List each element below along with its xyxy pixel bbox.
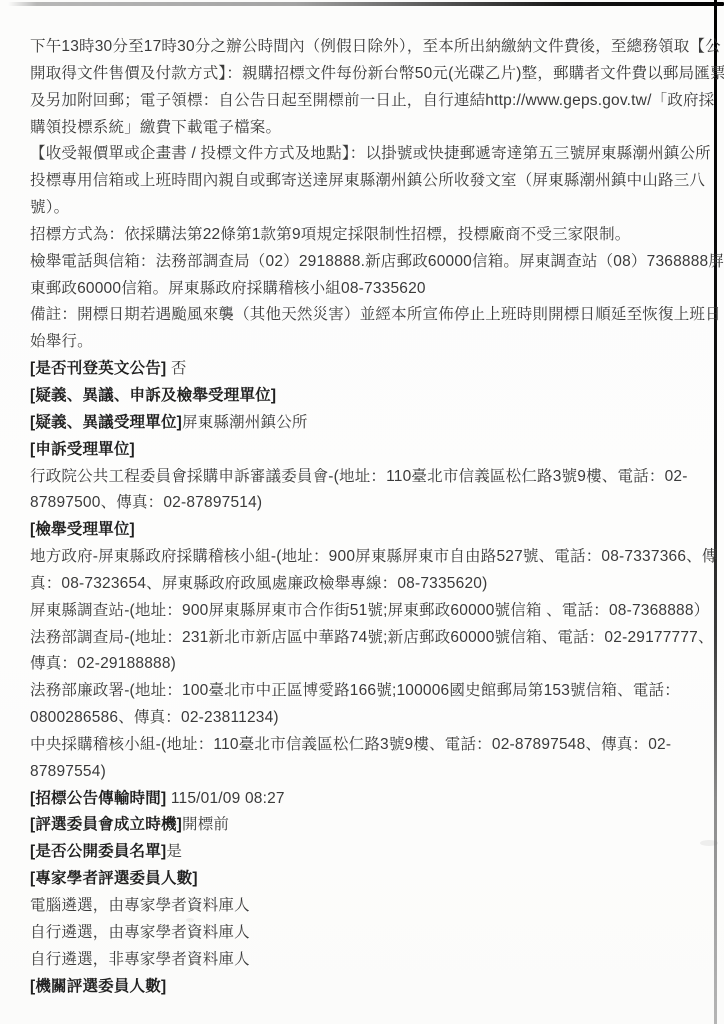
document-line: 【收受報價單或企畫書 / 投標文件方式及地點】：以掛號或快捷郵遞寄達第五三號屏東…: [30, 141, 706, 168]
line-text: 開標前: [182, 816, 229, 833]
document-line: 東郵政60000信箱。屏東縣政府採購稽核小組08-7335620: [30, 276, 706, 303]
document-line: [疑義、異議受理單位]屏東縣潮州鎮公所: [30, 410, 706, 437]
document-line: 及另加附回郵；電子領標：自公告日起至開標前一日止，自行連結http://www.…: [30, 88, 706, 115]
document-line: 法務部調查局-(地址：231新北市新店區中華路74號;新店郵政60000號信箱、…: [30, 625, 706, 652]
scan-edge-right-artifact: [714, 0, 717, 1024]
line-text: 號）。: [30, 199, 69, 216]
field-label: [申訴受理單位]: [30, 441, 135, 458]
line-text: 法務部廉政署-(地址：100臺北市中正區博愛路166號;100006國史館郵局第…: [30, 682, 680, 699]
document-line: 下午13時30分至17時30分之辦公時間內（例假日除外），至本所出納繳納文件費後…: [30, 34, 706, 61]
line-text: 屏東縣潮州鎮公所: [182, 414, 308, 431]
line-text: 下午13時30分至17時30分之辦公時間內（例假日除外），至本所出納繳納文件費後…: [30, 38, 721, 55]
document-line: 87897500、傳真：02-87897514): [30, 490, 706, 517]
document-line: 屏東縣調查站-(地址：900屏東縣屏東市合作街51號;屏東郵政60000號信箱 …: [30, 598, 706, 625]
line-text: 電腦遴選，由專家學者資料庫人: [30, 897, 250, 914]
line-text: 投標專用信箱或上班時間內親自或郵寄送達屏東縣潮州鎮公所收發文室（屏東縣潮州鎮中山…: [30, 172, 705, 189]
document-line: 號）。: [30, 195, 706, 222]
line-text: 招標方式為：依採購法第22條第1款第9項規定採限制性招標，投標廠商不受三家限制。: [30, 226, 630, 243]
line-text: 115/01/09 08:27: [166, 790, 284, 807]
line-text: 購領投標系統」繳費下載電子檔案。: [30, 119, 281, 136]
line-text: 中央採購稽核小組-(地址：110臺北市信義區松仁路3號9樓、電話：02-8789…: [30, 736, 671, 753]
field-label: [疑義、異議受理單位]: [30, 414, 182, 431]
field-label: [疑義、異議、申訴及檢舉受理單位]: [30, 387, 276, 404]
document-line: 行政院公共工程委員會採購申訴審議委員會-(地址：110臺北市信義區松仁路3號9樓…: [30, 464, 706, 491]
line-text: 傳真：02-29188888): [30, 655, 176, 672]
line-text: 真：08-7323654、屏東縣政府政風處廉政檢舉專線：08-7335620): [30, 575, 487, 592]
document-line: 電腦遴選，由專家學者資料庫人: [30, 893, 706, 920]
document-line: 招標方式為：依採購法第22條第1款第9項規定採限制性招標，投標廠商不受三家限制。: [30, 222, 706, 249]
field-label: [招標公告傳輸時間]: [30, 790, 166, 807]
document-line: [申訴受理單位]: [30, 437, 706, 464]
line-text: 備註：開標日期若遇颱風來襲（其他天然災害）並經本所宣佈停止上班時則開標日順延至恢…: [30, 306, 721, 323]
scanned-document-page: 下午13時30分至17時30分之辦公時間內（例假日除外），至本所出納繳納文件費後…: [0, 0, 724, 1024]
document-line: [是否刊登英文公告] 否: [30, 356, 706, 383]
line-text: 自行遴選，由專家學者資料庫人: [30, 924, 250, 941]
document-line: 87897554): [30, 759, 706, 786]
line-text: 【收受報價單或企畫書 / 投標文件方式及地點】：以掛號或快捷郵遞寄達第五三號屏東…: [30, 145, 711, 162]
line-text: 行政院公共工程委員會採購申訴審議委員會-(地址：110臺北市信義區松仁路3號9樓…: [30, 468, 688, 485]
field-label: [是否公開委員名單]: [30, 843, 166, 860]
document-line: 傳真：02-29188888): [30, 651, 706, 678]
line-text: 開取得文件售價及付款方式】：親購招標文件每份新台幣50元(光碟乙片)整，郵購者文…: [30, 65, 724, 82]
field-label: [評選委員會成立時機]: [30, 816, 182, 833]
document-text: 下午13時30分至17時30分之辦公時間內（例假日除外），至本所出納繳納文件費後…: [30, 34, 706, 1000]
field-label: [機關評選委員人數]: [30, 978, 166, 995]
scan-edge-top-artifact: [8, 2, 724, 6]
document-line: 0800286586、傳真：02-23811234): [30, 705, 706, 732]
line-text: 及另加附回郵；電子領標：自公告日起至開標前一日止，自行連結http://www.…: [30, 92, 714, 109]
document-line: 開取得文件售價及付款方式】：親購招標文件每份新台幣50元(光碟乙片)整，郵購者文…: [30, 61, 706, 88]
document-line: 檢舉電話與信箱：法務部調查局（02）2918888.新店郵政60000信箱。屏東…: [30, 249, 706, 276]
field-label: [檢舉受理單位]: [30, 521, 135, 538]
document-line: 始舉行。: [30, 329, 706, 356]
document-line: 中央採購稽核小組-(地址：110臺北市信義區松仁路3號9樓、電話：02-8789…: [30, 732, 706, 759]
document-line: [疑義、異議、申訴及檢舉受理單位]: [30, 383, 706, 410]
document-line: [是否公開委員名單]是: [30, 839, 706, 866]
document-line: [機關評選委員人數]: [30, 974, 706, 1001]
line-text: 87897554): [30, 763, 106, 780]
document-line: [招標公告傳輸時間] 115/01/09 08:27: [30, 786, 706, 813]
line-text: 87897500、傳真：02-87897514): [30, 494, 262, 511]
line-text: 法務部調查局-(地址：231新北市新店區中華路74號;新店郵政60000號信箱、…: [30, 629, 714, 646]
line-text: 東郵政60000信箱。屏東縣政府採購稽核小組08-7335620: [30, 280, 426, 297]
document-line: 購領投標系統」繳費下載電子檔案。: [30, 115, 706, 142]
line-text: 屏東縣調查站-(地址：900屏東縣屏東市合作街51號;屏東郵政60000號信箱 …: [30, 602, 709, 619]
line-text: 地方政府-屏東縣政府採購稽核小組-(地址：900屏東縣屏東市自由路527號、電話…: [30, 548, 718, 565]
field-label: [專家學者評選委員人數]: [30, 870, 198, 887]
document-line: [評選委員會成立時機]開標前: [30, 812, 706, 839]
line-text: 是: [166, 843, 182, 860]
line-text: 自行遴選，非專家學者資料庫人: [30, 951, 250, 968]
document-line: [檢舉受理單位]: [30, 517, 706, 544]
line-text: 0800286586、傳真：02-23811234): [30, 709, 279, 726]
document-line: 自行遴選，由專家學者資料庫人: [30, 920, 706, 947]
document-line: 法務部廉政署-(地址：100臺北市中正區博愛路166號;100006國史館郵局第…: [30, 678, 706, 705]
document-line: [專家學者評選委員人數]: [30, 866, 706, 893]
line-text: 始舉行。: [30, 333, 93, 350]
document-line: 地方政府-屏東縣政府採購稽核小組-(地址：900屏東縣屏東市自由路527號、電話…: [30, 544, 706, 571]
document-line: 備註：開標日期若遇颱風來襲（其他天然災害）並經本所宣佈停止上班時則開標日順延至恢…: [30, 302, 706, 329]
document-line: 投標專用信箱或上班時間內親自或郵寄送達屏東縣潮州鎮公所收發文室（屏東縣潮州鎮中山…: [30, 168, 706, 195]
line-text: 否: [166, 360, 186, 377]
document-line: 自行遴選，非專家學者資料庫人: [30, 947, 706, 974]
document-line: 真：08-7323654、屏東縣政府政風處廉政檢舉專線：08-7335620): [30, 571, 706, 598]
line-text: 檢舉電話與信箱：法務部調查局（02）2918888.新店郵政60000信箱。屏東…: [30, 253, 724, 270]
field-label: [是否刊登英文公告]: [30, 360, 166, 377]
